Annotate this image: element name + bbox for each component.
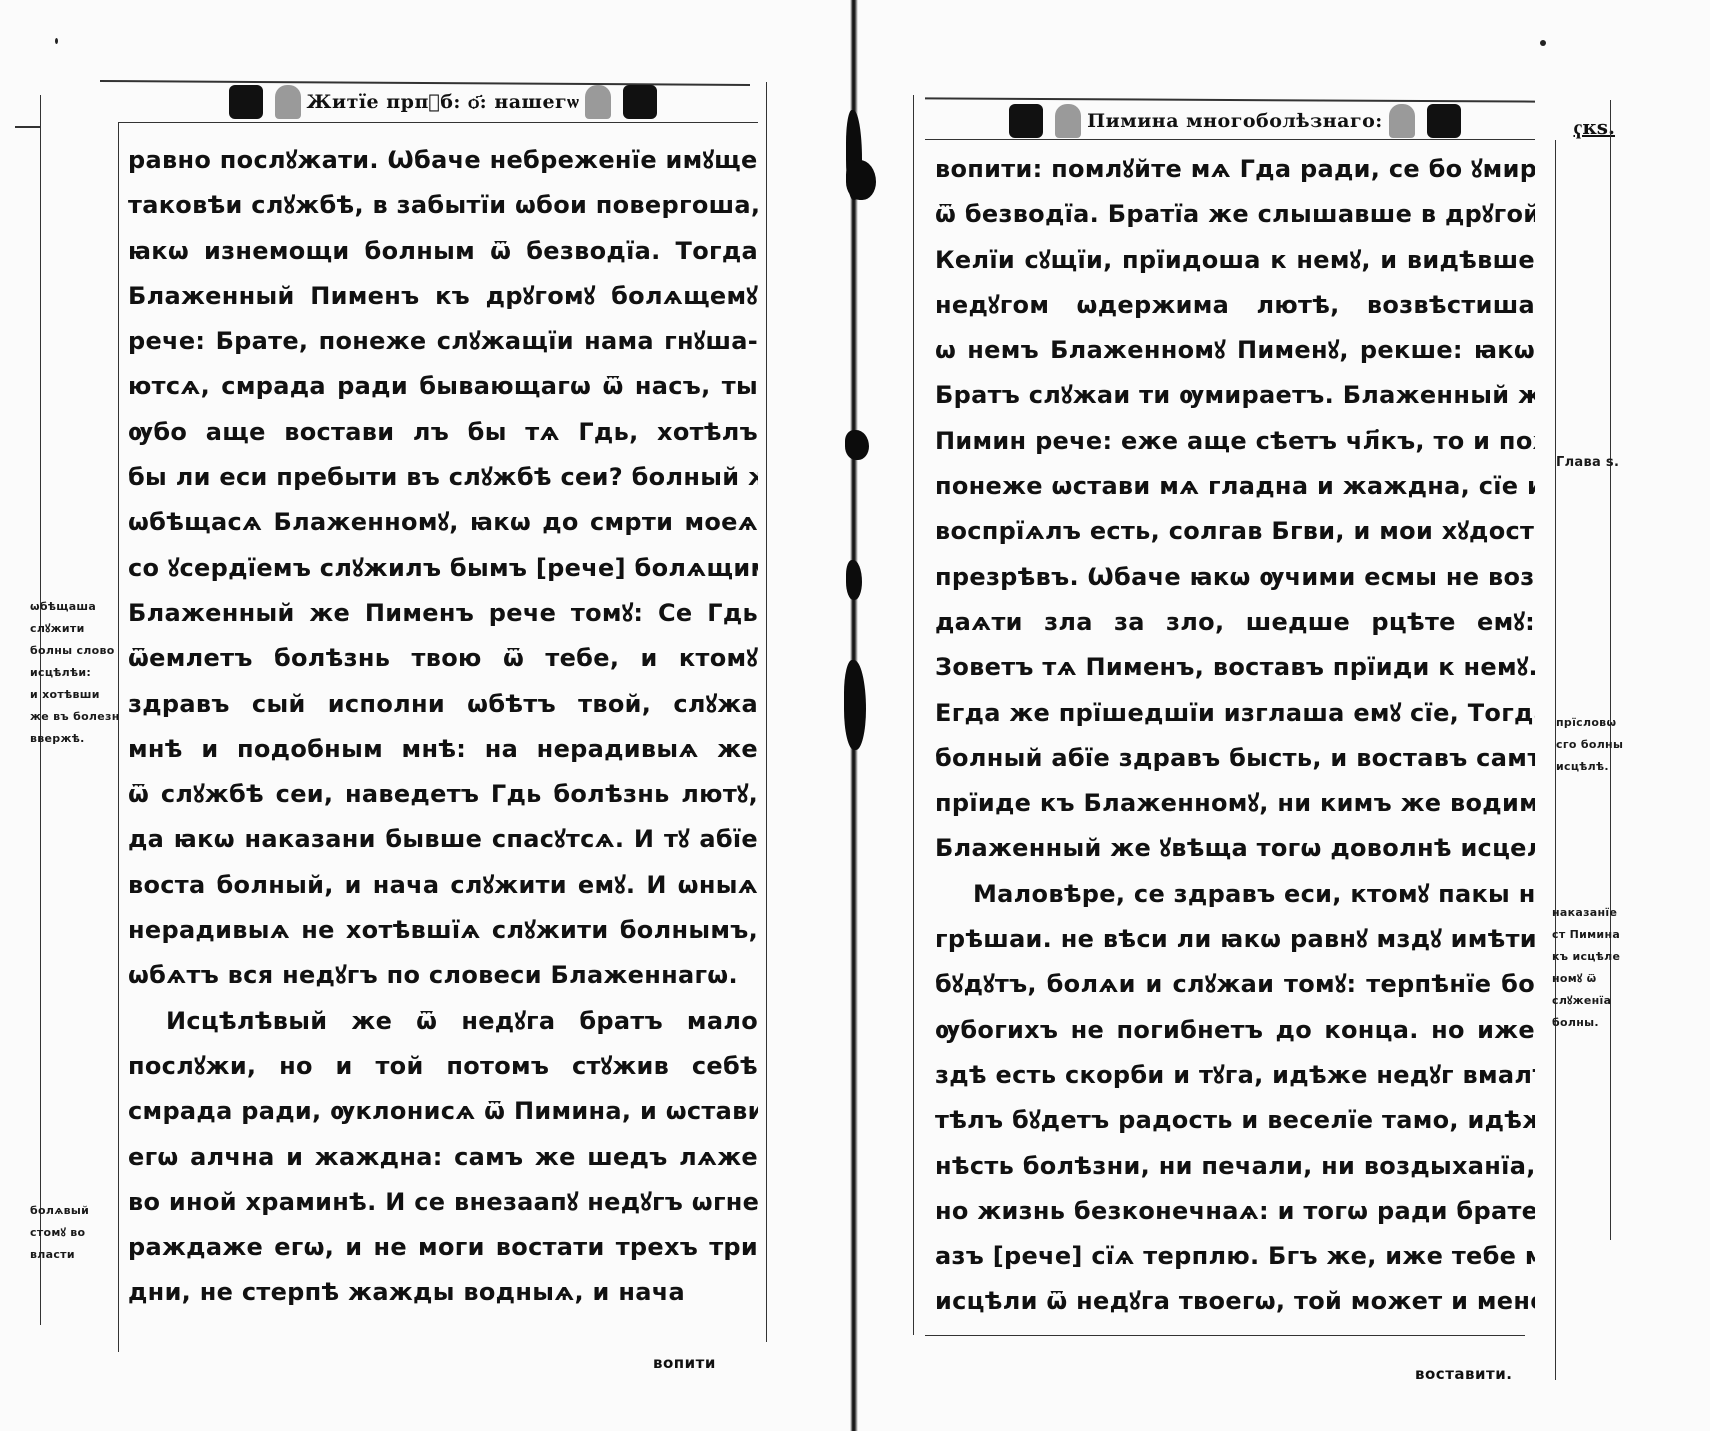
margin-note-line: болны. — [1552, 1012, 1620, 1034]
text-line: Братъ слꙋжаи ти ѹмираетъ. Блаженный же — [935, 373, 1535, 418]
text-line: Келїи сꙋщїи, прїидоша к немꙋ, и видѣвше — [935, 238, 1535, 283]
margin-note: ѡбѣщашаслꙋжитиболны словоисцѣлѣи:и хотѣв… — [30, 596, 120, 750]
margin-note-line: ст Пимина — [1552, 924, 1620, 946]
text-line: ѡбѧтъ вся недꙋгъ по словеси Блаженнагѡ. — [128, 953, 758, 998]
text-line: но жизнь безконечнаѧ: и тогѡ ради брате — [935, 1189, 1535, 1234]
margin-note-line: прїсловѡ — [1556, 712, 1623, 734]
margin-note-line: власти — [30, 1244, 89, 1266]
running-head-text: Житїе прпⷣб: ѻ҃: нашегѡ — [307, 91, 580, 114]
margin-note-line: и хотѣвши — [30, 684, 120, 706]
text-line: ютсѧ, смрада ради бывающагѡ ѿ насъ, ты — [128, 364, 758, 409]
text-line: Зоветъ тѧ Пименъ, воставъ прїиди к немꙋ. — [935, 645, 1535, 690]
text-line: бꙋдꙋтъ, болѧи и слꙋжаи томꙋ: терпѣнїе бо — [935, 962, 1535, 1007]
text-line: ѡбѣщасѧ Блаженномꙋ, ꙗкѡ до смрти моеѧ — [128, 500, 758, 545]
margin-note-line: слꙋжити — [30, 618, 120, 640]
text-line: ѿ безводїа. Братїа же слышавше в дрꙋгой — [935, 192, 1535, 237]
outer-margin-tick — [15, 126, 40, 128]
running-head: Пимина многоболѣзнаго: — [925, 103, 1545, 139]
text-line: даѧти зла за зло, шедше рцѣте емꙋ: — [935, 600, 1535, 645]
margin-note-line: сго болны — [1556, 734, 1623, 756]
bottom-rule — [925, 1335, 1525, 1336]
ink-blot — [1389, 104, 1415, 138]
left-frame-rule — [913, 95, 914, 1335]
margin-note-line: Глава ѕ. — [1556, 452, 1619, 474]
text-line: азъ [рече] сїѧ терплю. Бгъ же, иже тебе … — [935, 1234, 1535, 1279]
folio-number: ҁкѕ. — [1573, 115, 1615, 140]
gutter-stain — [845, 430, 869, 460]
running-head-text: Пимина многоболѣзнаго: — [1087, 110, 1383, 132]
text-line: дни, не стерпѣ жажды водныѧ, и нача — [128, 1270, 758, 1315]
text-line: понеже ѡстави мѧ гладна и жаждна, сїе и … — [935, 464, 1535, 509]
text-line: раждаже егѡ, и не моги востати трехъ три — [128, 1225, 758, 1270]
text-line: прїиде къ Блаженномꙋ, ни кимъ же водимъ. — [935, 781, 1535, 826]
text-line: таковѣи слꙋжбѣ, в забытїи ѡбои повергоша… — [128, 183, 758, 228]
text-line: воспрїѧлъ есть, солгав Бгви, и мои хꙋдос… — [935, 509, 1535, 554]
top-rule — [925, 97, 1535, 102]
text-line: ꙗкѡ изнемощи болным ѿ безводїа. Тогда — [128, 229, 758, 274]
header-rule — [118, 122, 758, 123]
margin-note: наказанїест Пиминакъ исцѣленомꙋ ѿслꙋженї… — [1552, 902, 1620, 1034]
margin-note-line: болны слово — [30, 640, 120, 662]
text-line: да ꙗкѡ наказани бывше спасꙋтсѧ. И тꙋ абї… — [128, 817, 758, 862]
text-line: егѡ алчна и жаждна: самъ же шедъ лѧже — [128, 1135, 758, 1180]
text-line: Блаженный же ꙋвѣща тогѡ доволнѣ исцелѧ: — [935, 826, 1535, 871]
ink-blot — [275, 85, 301, 119]
ink-blot — [1055, 104, 1081, 138]
ink-blot — [585, 85, 611, 119]
text-line: рече: Брате, понеже слꙋжащїи нама гнꙋша- — [128, 319, 758, 364]
margin-note: Глава ѕ. — [1556, 452, 1619, 474]
text-line: Маловѣре, се здравъ еси, ктомꙋ пакы не с… — [935, 872, 1535, 917]
ink-speck — [55, 38, 58, 44]
text-line: Блаженный Пименъ къ дрꙋгомꙋ болѧщемꙋ — [128, 274, 758, 319]
ink-blot — [1009, 104, 1043, 138]
text-line: ѿ слꙋжбѣ сеи, наведетъ Гдь болѣзнь лютꙋ, — [128, 772, 758, 817]
margin-note-line: стомꙋ во — [30, 1222, 89, 1244]
margin-note-line: болѧвый — [30, 1200, 89, 1222]
right-page: Пимина многоболѣзнаго: ҁкѕ. вопити: помл… — [925, 95, 1545, 1385]
margin-note-line: ввержѣ. — [30, 728, 120, 750]
text-line: послꙋжи, но и той потомъ стꙋжив себѣ — [128, 1044, 758, 1089]
text-line: презрѣвъ. Ѡбаче ꙗкѡ ѹчими есмы не воз- — [935, 555, 1535, 600]
margin-note-line: номꙋ ѿ — [1552, 968, 1620, 990]
text-line: нерадивыѧ не хотѣвшїѧ слꙋжити болнымъ, — [128, 908, 758, 953]
margin-note-line: исцѣлѣи: — [30, 662, 120, 684]
text-line: нѣсть болѣзни, ни печали, ни воздыханїа, — [935, 1144, 1535, 1189]
margin-note-line: ѡбѣщаша — [30, 596, 120, 618]
gutter-stain — [846, 160, 876, 200]
text-line: ѡ немъ Блаженномꙋ Пименꙋ, рекше: ꙗкѡ — [935, 328, 1535, 373]
margin-note-line: наказанїе — [1552, 902, 1620, 924]
margin-note-line: же въ болезн — [30, 706, 120, 728]
margin-note-line: къ исцѣле — [1552, 946, 1620, 968]
text-line: Пимин рече: еже аще сѣетъ чл҃къ, то и по… — [935, 419, 1535, 464]
text-line: бы ли еси пребыти въ слꙋжбѣ сеи? болный … — [128, 455, 758, 500]
text-line: здѣ есть скорби и тꙋга, идѣже недꙋг вмал… — [935, 1053, 1535, 1098]
catchword: вопити — [653, 1354, 716, 1372]
text-line: ѹбо аще востави лъ бы тѧ Гдь, хотѣлъ — [128, 410, 758, 455]
margin-note-line: исцѣлѣ. — [1556, 756, 1623, 778]
outer-margin-rule — [1610, 100, 1611, 1240]
body-text: вопити: помлꙋйте мѧ Гда ради, се бо ꙋмир… — [935, 147, 1535, 1325]
text-line: Блаженный же Пименъ рече томꙋ: Се Гдь — [128, 591, 758, 636]
gutter-stain — [844, 660, 866, 750]
gutter-stain — [846, 560, 862, 600]
margin-note: прїсловѡсго болныисцѣлѣ. — [1556, 712, 1623, 778]
text-line: недꙋгом ѡдержима лютѣ, возвѣстиша — [935, 283, 1535, 328]
ink-speck — [1540, 40, 1546, 46]
manuscript-spread: Житїе прпⷣб: ѻ҃: нашегѡ равно послꙋжати.… — [0, 0, 1710, 1431]
text-line: во иной храминѣ. И се внезаапꙋ недꙋгъ ѡг… — [128, 1180, 758, 1225]
catchword: воставити. — [1415, 1365, 1512, 1383]
body-text: равно послꙋжати. Ѡбаче небреженїе имꙋще … — [128, 138, 758, 1316]
right-frame-rule — [766, 82, 767, 1342]
text-line: вопити: помлꙋйте мѧ Гда ради, се бо ꙋмир… — [935, 147, 1535, 192]
text-line: воста болный, и нача слꙋжити емꙋ. И ѡныѧ — [128, 863, 758, 908]
text-line: мнѣ и подобным мнѣ: на нерадивыѧ же — [128, 727, 758, 772]
text-line: равно послꙋжати. Ѡбаче небреженїе имꙋще … — [128, 138, 758, 183]
margin-note: болѧвыйстомꙋ вовласти — [30, 1200, 89, 1266]
text-line: Егда же прїшедшїи изглаша емꙋ сїе, Тогда — [935, 691, 1535, 736]
text-line: ѿемлетъ болѣзнь твою ѿ тебе, и ктомꙋ — [128, 636, 758, 681]
text-line: ѹбогихъ не погибнетъ до конца. но иже — [935, 1008, 1535, 1053]
header-rule — [925, 139, 1535, 140]
text-line: со ꙋсердїемъ слꙋжилъ бымъ [рече] болѧщим… — [128, 546, 758, 591]
running-head: Житїе прпⷣб: ѻ҃: нашегѡ — [118, 84, 768, 120]
text-line: тѣлъ бꙋдетъ радость и веселїе тамо, идѣж… — [935, 1098, 1535, 1143]
text-line: грѣшаи. не вѣси ли ꙗкѡ равнꙋ мздꙋ имѣти — [935, 917, 1535, 962]
text-line: болный абїе здравъ бысть, и воставъ самъ — [935, 736, 1535, 781]
text-line: исцѣли ѿ недꙋга твоегѡ, той может и мене — [935, 1279, 1535, 1324]
ink-blot — [229, 85, 263, 119]
margin-note-line: слꙋженїа — [1552, 990, 1620, 1012]
text-line: Исцѣлѣвый же ѿ недꙋга братъ мало — [128, 999, 758, 1044]
ink-blot — [623, 85, 657, 119]
text-line: здравъ сый исполни ѡбѣтъ твой, слꙋжа — [128, 682, 758, 727]
text-line: смрада ради, ѹклонисѧ ѿ Пимина, и ѡстави — [128, 1089, 758, 1134]
left-page: Житїе прпⷣб: ѻ҃: нашегѡ равно послꙋжати.… — [118, 82, 768, 1372]
ink-blot — [1427, 104, 1461, 138]
